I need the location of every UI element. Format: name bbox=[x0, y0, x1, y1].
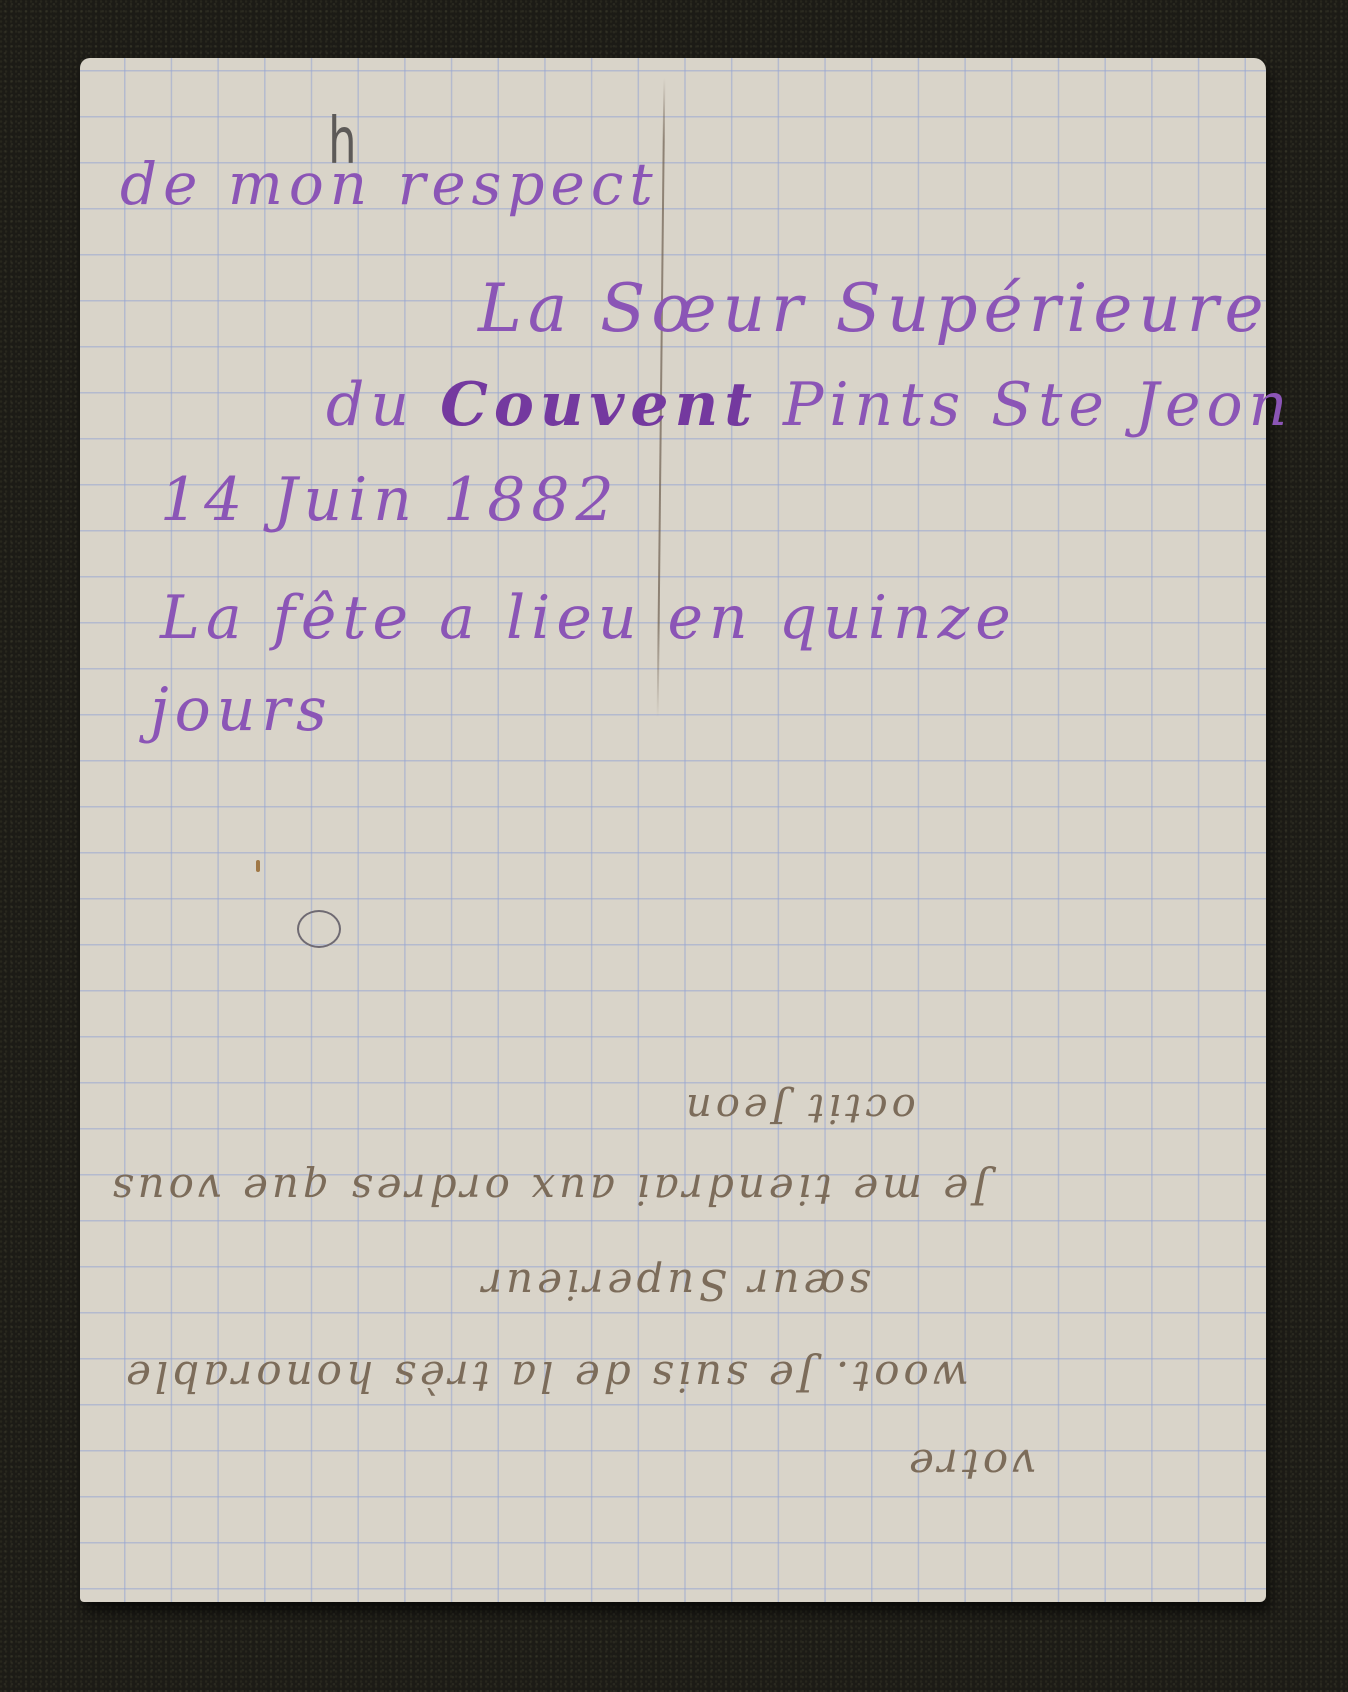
text-line-jours: jours bbox=[150, 675, 333, 745]
text-line-couvent: du Couvent Pints Ste Jeon bbox=[326, 370, 1293, 440]
pencil-circle-mark bbox=[297, 910, 341, 948]
text-line-superieure: La Sœur Supérieure bbox=[478, 270, 1270, 347]
text-couvent: Couvent bbox=[440, 370, 758, 440]
text-place: Pints Ste Jeon bbox=[783, 370, 1293, 440]
inverted-line-4: woot. Je suis de la très honorable bbox=[122, 1352, 969, 1401]
inverted-line-1: octit Jeon bbox=[682, 1085, 916, 1131]
text-du: du bbox=[326, 370, 415, 440]
inverted-line-2: Je me tiendrai aux ordres que vous bbox=[108, 1165, 989, 1214]
text-line-respect: de mon respect bbox=[120, 150, 659, 218]
inverted-line-5: votre bbox=[905, 1440, 1036, 1489]
inverted-line-3: sœur Superieur bbox=[478, 1260, 871, 1309]
date-line: 14 Juin 1882 bbox=[160, 465, 620, 535]
ink-spot bbox=[256, 860, 260, 872]
text-line-fete: La fête a lieu en quinze bbox=[160, 583, 1017, 653]
